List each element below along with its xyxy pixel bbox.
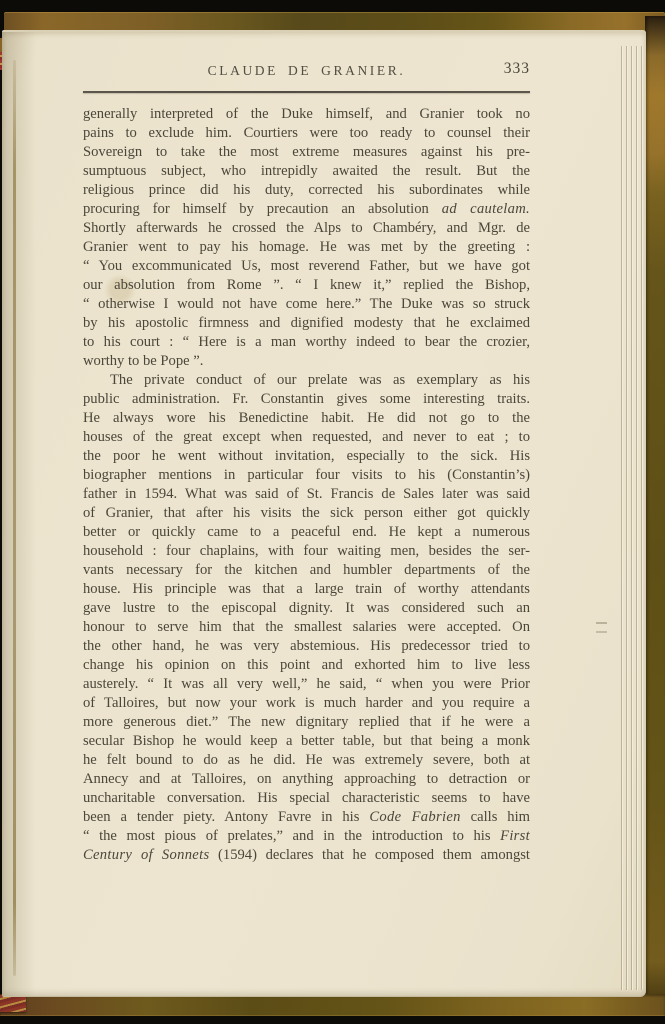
text-segment: household : four chaplains, with four wa… bbox=[83, 543, 530, 559]
text-line: “ the most pious of prelates,” and in th… bbox=[83, 827, 530, 846]
text-segment: vants necessary for the kitchen and humb… bbox=[83, 562, 530, 578]
book-cover-right-edge bbox=[645, 16, 665, 1001]
text-line: The private conduct of our prelate was a… bbox=[83, 371, 530, 390]
text-line: to his court : “ Here is a man worthy in… bbox=[83, 333, 530, 352]
text-segment: worthy to be Pope ”. bbox=[83, 353, 203, 369]
text-segment: generally interpreted of the Duke himsel… bbox=[83, 106, 530, 122]
text-segment: public administration. Fr. Constantin gi… bbox=[83, 391, 530, 407]
text-line: honour to serve him that the smallest sa… bbox=[83, 618, 530, 637]
text-segment: gave lustre to the episcopal dignity. It… bbox=[83, 600, 530, 616]
text-segment: more generous diet.” The new dignitary r… bbox=[83, 714, 530, 730]
text-column: CLAUDE DE GRANIER. 333 generally interpr… bbox=[83, 62, 530, 865]
text-line: by his apostolic firmness and dignified … bbox=[83, 314, 530, 333]
text-line: generally interpreted of the Duke himsel… bbox=[83, 105, 530, 124]
italic-text: Code Fabrien bbox=[369, 809, 460, 825]
text-segment: He always wore his Benedictine habit. He… bbox=[83, 410, 530, 426]
text-segment: Shortly afterwards he crossed the Alps t… bbox=[83, 220, 530, 236]
text-line: sumptuous subject, who intrepidly awaite… bbox=[83, 162, 530, 181]
text-segment: procuring for himself by precaution an a… bbox=[83, 201, 442, 217]
margin-mark bbox=[596, 622, 607, 633]
italic-text: ad cautelam. bbox=[442, 201, 530, 217]
text-line: religious prince did his duty, corrected… bbox=[83, 181, 530, 200]
text-segment: Annecy and at Talloires, on anything app… bbox=[83, 771, 530, 787]
headband-bottom bbox=[0, 995, 26, 1012]
text-line: houses of the great except when requeste… bbox=[83, 428, 530, 447]
page-number: 333 bbox=[504, 60, 530, 78]
text-segment: calls him bbox=[461, 809, 530, 825]
italic-text: First bbox=[500, 828, 530, 844]
text-line: vants necessary for the kitchen and humb… bbox=[83, 561, 530, 580]
italic-text: Century of Sonnets bbox=[83, 847, 209, 863]
page-stack-edge bbox=[618, 46, 646, 990]
text-segment: he felt bound to do as he did. He was ex… bbox=[83, 752, 530, 768]
text-line: public administration. Fr. Constantin gi… bbox=[83, 390, 530, 409]
text-segment: our absolution from Rome ”. “ I knew it,… bbox=[83, 277, 530, 293]
text-line: procuring for himself by precaution an a… bbox=[83, 200, 530, 219]
gutter-shadow bbox=[2, 32, 36, 996]
text-line: Granier went to pay his homage. He was m… bbox=[83, 238, 530, 257]
text-line: austerely. “ It was all very well,” he s… bbox=[83, 675, 530, 694]
text-segment: (1594) declares that he composed them am… bbox=[209, 847, 530, 863]
text-segment: change his opinion on this point and exh… bbox=[83, 657, 530, 673]
gutter-crease bbox=[13, 60, 16, 976]
text-line: of Granier, that after his visits the si… bbox=[83, 504, 530, 523]
text-segment: by his apostolic firmness and dignified … bbox=[83, 315, 530, 331]
text-segment: honour to serve him that the smallest sa… bbox=[83, 619, 530, 635]
text-line: uncharitable conversation. His special c… bbox=[83, 789, 530, 808]
text-segment: the other hand, he was very abstemious. … bbox=[83, 638, 530, 654]
text-segment: house. His principle was that a large tr… bbox=[83, 581, 530, 597]
text-line: father in 1594. What was said of St. Fra… bbox=[83, 485, 530, 504]
text-line: more generous diet.” The new dignitary r… bbox=[83, 713, 530, 732]
text-segment: austerely. “ It was all very well,” he s… bbox=[83, 676, 530, 692]
text-line: worthy to be Pope ”. bbox=[83, 352, 530, 371]
running-head-title: CLAUDE DE GRANIER. bbox=[208, 63, 406, 78]
text-segment: The private conduct of our prelate was a… bbox=[110, 372, 530, 388]
text-segment: biographer mentions in particular four v… bbox=[83, 467, 530, 483]
text-segment: sumptuous subject, who intrepidly awaite… bbox=[83, 163, 530, 179]
text-line: secular Bishop he would keep a better ta… bbox=[83, 732, 530, 751]
text-segment: pains to exclude him. Courtiers were too… bbox=[83, 125, 530, 141]
text-segment: religious prince did his duty, corrected… bbox=[83, 182, 530, 198]
text-line: the poor he went without invitation, esp… bbox=[83, 447, 530, 466]
text-line: Sovereign to take the most extreme measu… bbox=[83, 143, 530, 162]
text-segment: better or quickly came to a peaceful end… bbox=[83, 524, 530, 540]
text-line: gave lustre to the episcopal dignity. It… bbox=[83, 599, 530, 618]
text-line: pains to exclude him. Courtiers were too… bbox=[83, 124, 530, 143]
text-line: he felt bound to do as he did. He was ex… bbox=[83, 751, 530, 770]
book-cover-top-edge bbox=[4, 12, 665, 32]
header-rule bbox=[83, 91, 530, 93]
text-segment: the poor he went without invitation, esp… bbox=[83, 448, 530, 464]
text-line: He always wore his Benedictine habit. He… bbox=[83, 409, 530, 428]
text-line: Century of Sonnets (1594) declares that … bbox=[83, 846, 530, 865]
text-segment: Sovereign to take the most extreme measu… bbox=[83, 144, 530, 160]
text-line: change his opinion on this point and exh… bbox=[83, 656, 530, 675]
text-line: Shortly afterwards he crossed the Alps t… bbox=[83, 219, 530, 238]
running-head: CLAUDE DE GRANIER. 333 bbox=[83, 62, 530, 80]
text-line: been a tender piety. Antony Favre in his… bbox=[83, 808, 530, 827]
text-segment: of Granier, that after his visits the si… bbox=[83, 505, 530, 521]
book-cover-bottom-edge bbox=[0, 994, 665, 1016]
text-segment: “ otherwise I would not have come here.”… bbox=[83, 296, 530, 312]
text-segment: “ You excommunicated Us, most reverend F… bbox=[83, 258, 530, 274]
text-line: “ You excommunicated Us, most reverend F… bbox=[83, 257, 530, 276]
text-line: biographer mentions in particular four v… bbox=[83, 466, 530, 485]
text-line: of Talloires, but now your work is much … bbox=[83, 694, 530, 713]
text-line: house. His principle was that a large tr… bbox=[83, 580, 530, 599]
text-segment: uncharitable conversation. His special c… bbox=[83, 790, 530, 806]
text-segment: to his court : “ Here is a man worthy in… bbox=[83, 334, 530, 350]
text-line: better or quickly came to a peaceful end… bbox=[83, 523, 530, 542]
text-segment: Granier went to pay his homage. He was m… bbox=[83, 239, 530, 255]
text-segment: been a tender piety. Antony Favre in his bbox=[83, 809, 369, 825]
text-line: our absolution from Rome ”. “ I knew it,… bbox=[83, 276, 530, 295]
body-text: generally interpreted of the Duke himsel… bbox=[83, 105, 530, 865]
text-line: the other hand, he was very abstemious. … bbox=[83, 637, 530, 656]
text-segment: secular Bishop he would keep a better ta… bbox=[83, 733, 530, 749]
text-segment: father in 1594. What was said of St. Fra… bbox=[83, 486, 530, 502]
text-segment: “ the most pious of prelates,” and in th… bbox=[83, 828, 500, 844]
text-line: “ otherwise I would not have come here.”… bbox=[83, 295, 530, 314]
text-line: Annecy and at Talloires, on anything app… bbox=[83, 770, 530, 789]
text-segment: houses of the great except when requeste… bbox=[83, 429, 530, 445]
text-segment: of Talloires, but now your work is much … bbox=[83, 695, 530, 711]
book-photo: CLAUDE DE GRANIER. 333 generally interpr… bbox=[0, 0, 665, 1024]
text-line: household : four chaplains, with four wa… bbox=[83, 542, 530, 561]
